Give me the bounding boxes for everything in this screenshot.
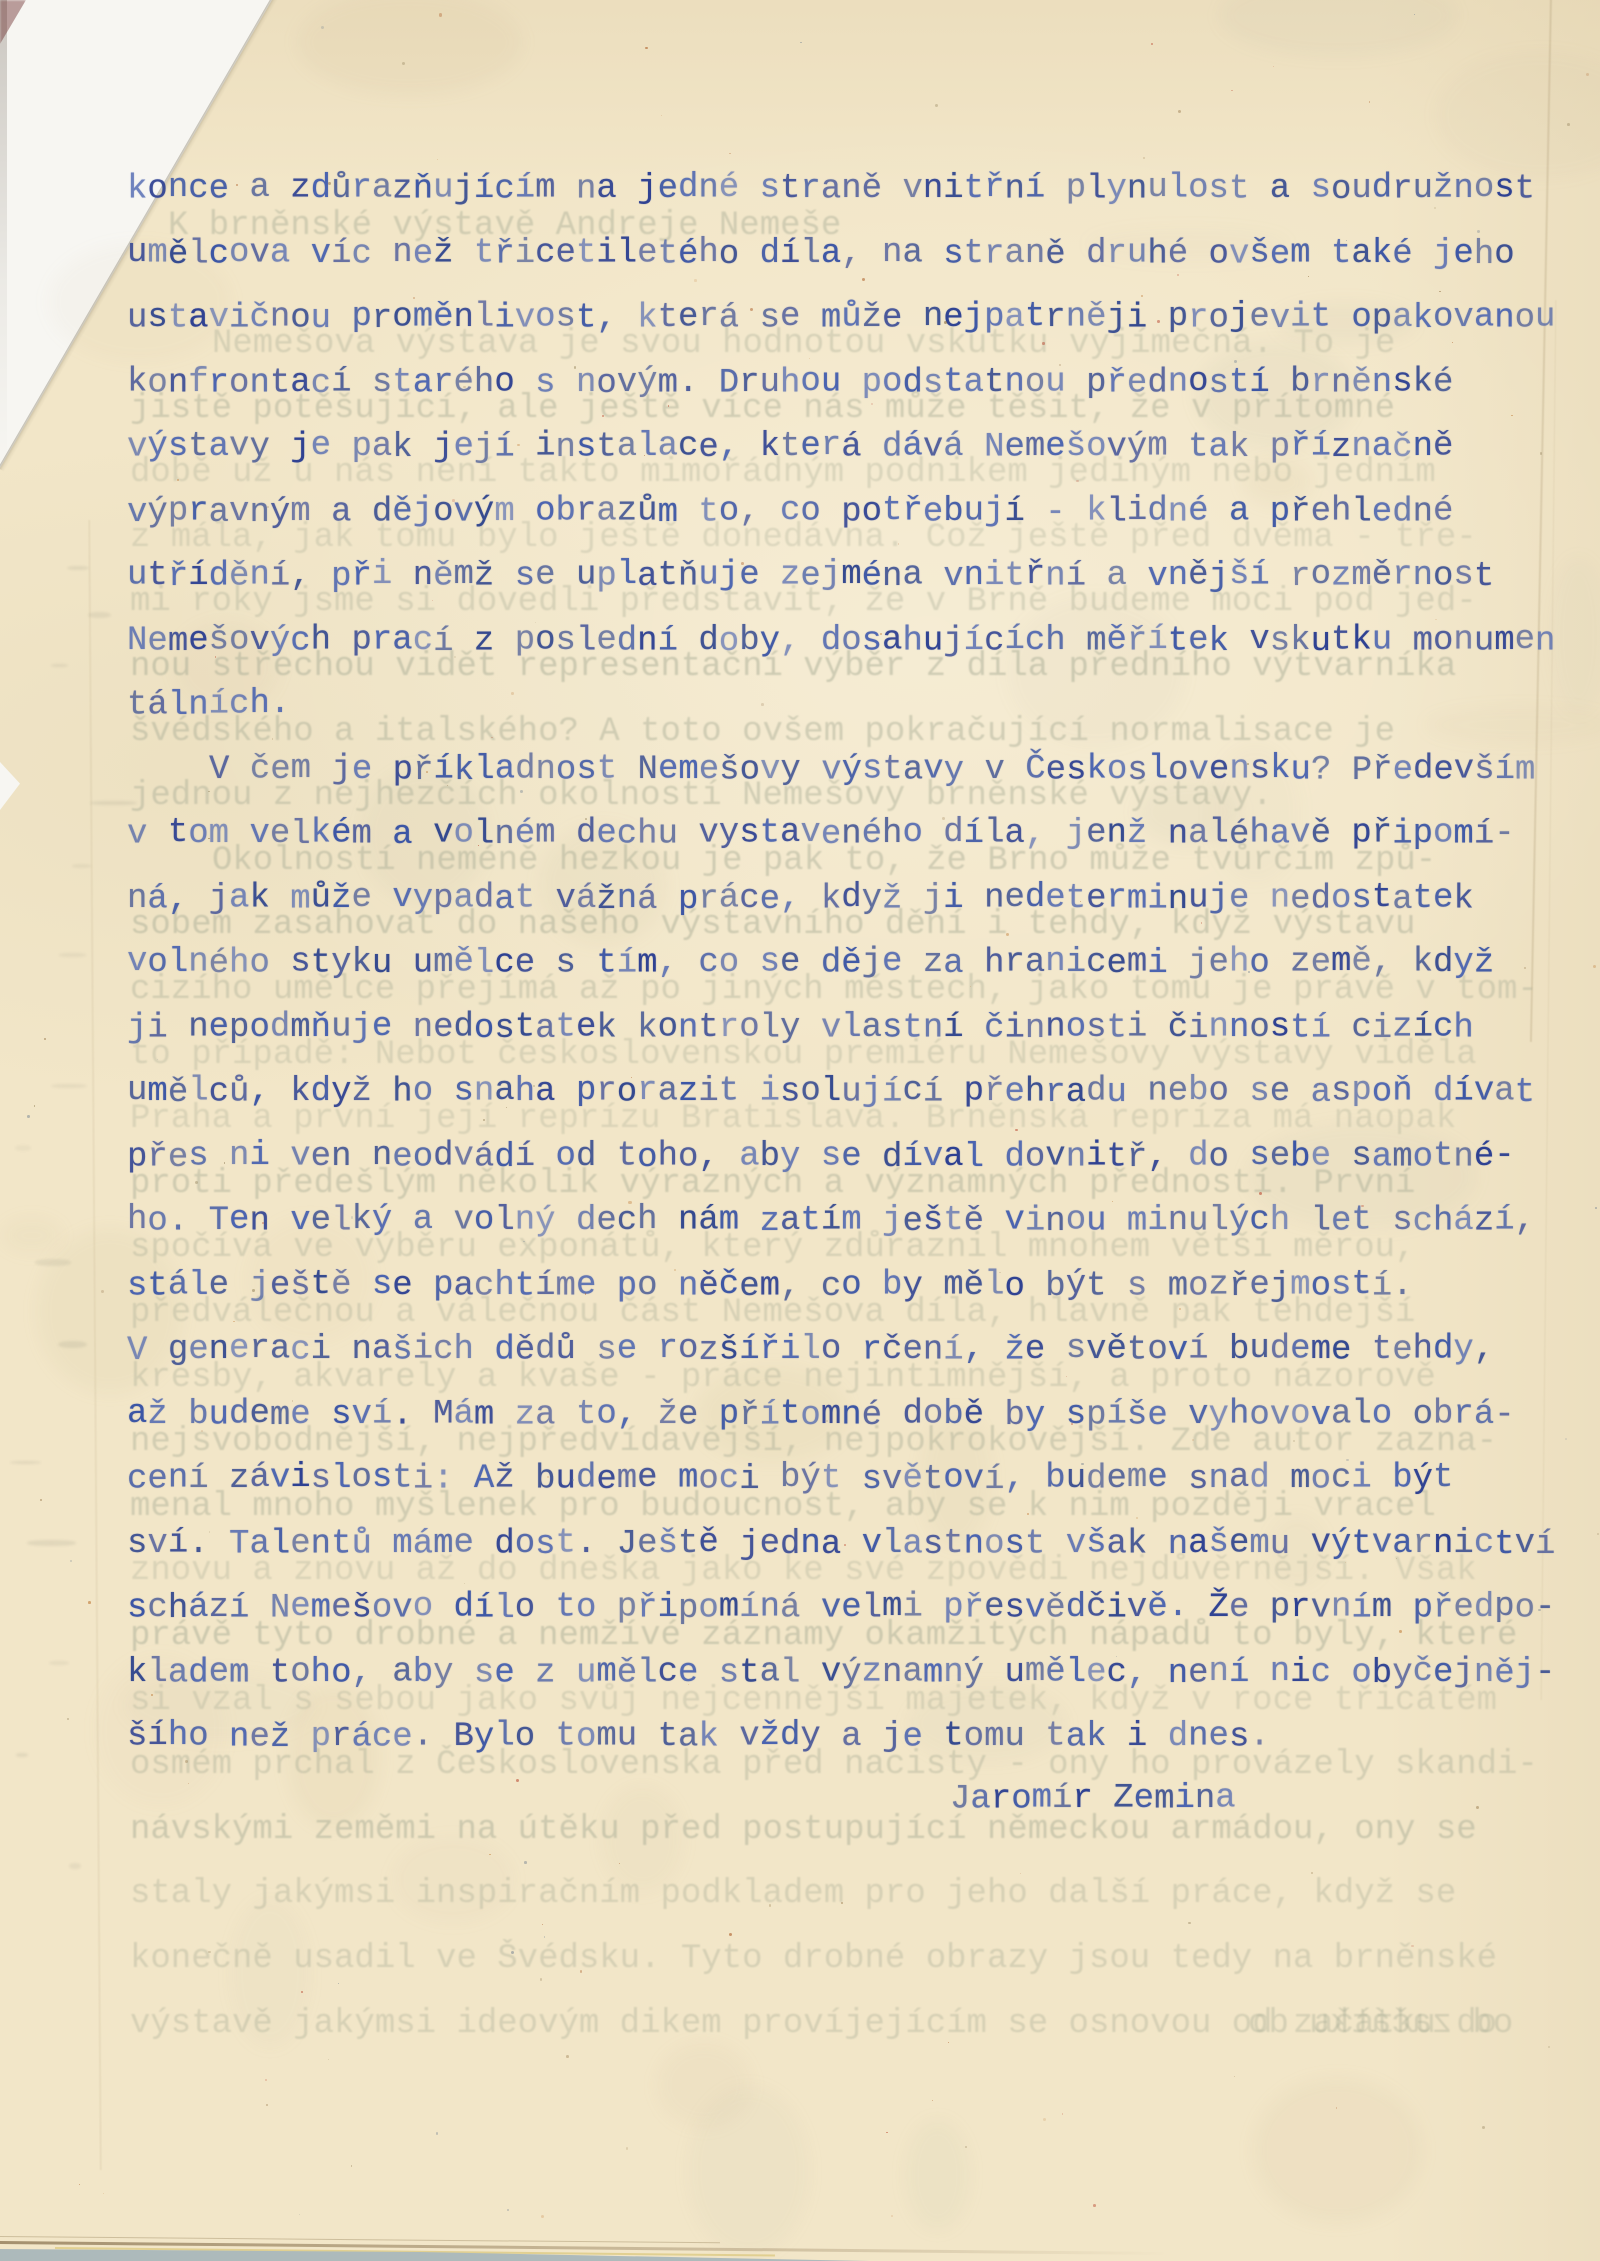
typed-line: ho. Ten velký a volný dech nám zatím ješ… <box>127 1204 1535 1238</box>
foxing-speck <box>40 1499 42 1501</box>
foxing-speck <box>566 2055 569 2058</box>
foxing-speck <box>1319 1083 1320 1084</box>
foxing-speck <box>749 1345 751 1347</box>
typed-line: v tom velkém a volném dechu vystaveného … <box>127 817 1515 851</box>
ghost-line: staly jakýmsi inspiračním podkladem pro … <box>130 1877 1456 1911</box>
foxing-speck <box>948 2042 949 2043</box>
foxing-speck <box>252 1289 255 1292</box>
typed-line: sví. Talentů máme dost. Ještě jedna vlas… <box>127 1527 1555 1561</box>
foxing-speck <box>1259 1192 1262 1195</box>
foxing-speck <box>1042 342 1044 344</box>
typed-line: V čem je příkladnost Nemešovy výstavy v … <box>209 753 1535 787</box>
typed-line: cení závislosti: Až budeme moci být svět… <box>127 1462 1453 1496</box>
foxing-speck <box>27 1115 30 1118</box>
foxing-speck <box>1567 123 1570 126</box>
foxing-speck <box>157 1059 158 1060</box>
margin-smudge <box>27 1540 76 1546</box>
foxing-speck <box>292 1400 293 1401</box>
typed-line: výstavy je pak její instalace, která dáv… <box>127 430 1453 464</box>
foxing-speck <box>439 13 442 16</box>
foxing-speck <box>585 818 587 820</box>
typed-line: kladem toho, aby se z umělce stal význam… <box>127 1656 1555 1690</box>
foxing-speck <box>547 1476 549 1478</box>
foxing-speck <box>201 1430 203 1432</box>
typed-line: umělců, když ho snaha prorazit isolující… <box>127 1075 1535 1109</box>
foxing-speck <box>266 2104 268 2106</box>
foxing-speck <box>891 2215 893 2217</box>
ghost-line: návskými zeměmi na útěku před postupujíc… <box>130 1813 1477 1847</box>
foxing-speck <box>1411 1945 1413 1947</box>
foxing-speck <box>133 694 135 696</box>
foxing-speck <box>464 1583 465 1584</box>
foxing-speck <box>511 692 514 695</box>
foxing-speck <box>871 403 873 405</box>
foxing-speck <box>413 297 415 299</box>
typed-line: šího než práce. Bylo tomu tak vždy a je … <box>127 1720 1270 1754</box>
margin-smudge <box>35 1259 71 1266</box>
typed-line: tálních. <box>127 688 290 722</box>
foxing-speck <box>574 366 577 369</box>
foxing-speck <box>88 1601 91 1604</box>
paper-stain <box>1253 2078 1421 2223</box>
foxing-speck <box>1157 320 1160 323</box>
foxing-speck <box>585 1293 587 1295</box>
foxing-speck <box>437 159 438 160</box>
foxing-speck <box>1188 1922 1190 1924</box>
foxing-speck <box>1071 1423 1073 1425</box>
foxing-speck <box>790 1224 793 1227</box>
foxing-speck <box>101 1290 104 1293</box>
foxing-speck <box>262 1222 264 1224</box>
foxing-speck <box>1565 1438 1567 1440</box>
foxing-speck <box>1452 342 1453 343</box>
foxing-speck <box>233 1321 235 1323</box>
typed-line: utřídění, při němž se uplatňuje zejména … <box>127 559 1494 593</box>
foxing-speck <box>1151 43 1153 45</box>
foxing-speck <box>1399 1630 1402 1633</box>
signature-line: Jaromír Zemina <box>950 1782 1236 1816</box>
foxing-speck <box>516 1779 519 1782</box>
margin-smudge <box>88 612 111 618</box>
foxing-speck <box>741 562 744 565</box>
foxing-speck <box>483 1119 485 1121</box>
margin-smudge <box>16 1753 28 1756</box>
foxing-speck <box>580 1970 582 1972</box>
typed-line: až budeme sví. Mám za to, že přítomné do… <box>127 1398 1515 1432</box>
foxing-speck <box>447 785 448 786</box>
foxing-speck <box>478 845 479 846</box>
typed-line: umělcova víc než třicetiletého díla, na … <box>127 237 1515 271</box>
margin-smudge <box>69 1863 81 1869</box>
foxing-speck <box>1597 1533 1599 1535</box>
typed-line: konce a zdůrazňujícím na jedné straně vn… <box>127 172 1535 206</box>
foxing-speck <box>328 2059 329 2060</box>
foxing-speck <box>1015 1129 1017 1131</box>
foxing-speck <box>631 1077 632 1078</box>
foxing-speck <box>769 1904 772 1907</box>
foxing-speck <box>1143 157 1145 159</box>
margin-smudge <box>59 953 86 957</box>
foxing-speck <box>626 2147 628 2149</box>
foxing-speck <box>1345 1562 1346 1563</box>
ghost-line: výstavě jakýmsi ideovým dikem províjejíc… <box>130 2007 1497 2041</box>
scanner-edge-streak <box>0 0 7 470</box>
paper-stain <box>905 2120 969 2230</box>
foxing-speck <box>215 656 216 657</box>
foxing-speck <box>944 321 947 324</box>
foxing-speck <box>644 455 645 456</box>
typed-line: Nemešových prací z poslední doby, dosahu… <box>127 624 1555 658</box>
foxing-speck <box>1361 1205 1363 1207</box>
foxing-speck <box>602 415 604 417</box>
typed-line: stále ještě se pachtíme po něčem, co by … <box>127 1269 1413 1303</box>
typed-line: ná, jak může vypadat vážná práce, když j… <box>127 882 1474 916</box>
foxing-speck <box>1027 1513 1029 1515</box>
foxing-speck <box>1595 1207 1597 1209</box>
foxing-speck <box>862 278 865 281</box>
paper-stain <box>1551 558 1600 713</box>
foxing-speck <box>177 479 179 481</box>
foxing-speck <box>628 1201 631 1204</box>
ghost-line: švédského a italského? A toto ovšem pokr… <box>130 715 1395 749</box>
foxing-speck <box>674 1269 675 1270</box>
foxing-speck <box>524 1861 527 1864</box>
foxing-speck <box>844 1544 846 1546</box>
foxing-speck <box>880 633 882 635</box>
foxing-speck <box>1439 291 1440 292</box>
foxing-speck <box>517 444 519 446</box>
foxing-speck <box>1081 1463 1083 1465</box>
foxing-speck <box>328 182 330 184</box>
foxing-speck <box>511 1951 514 1954</box>
margin-smudge <box>90 801 137 805</box>
typed-line: V generaci našich dědů se rozšířilo rčen… <box>127 1333 1494 1367</box>
foxing-speck <box>1080 901 1081 902</box>
foxing-speck <box>694 279 697 282</box>
foxing-speck <box>1179 1308 1181 1310</box>
scanned-page: K brněnské výstavě Andreje Nemeše od zač… <box>0 0 1600 2261</box>
typed-line: konfrontací starého s novým. Druhou pods… <box>127 366 1453 400</box>
corner-mark <box>0 0 26 44</box>
foxing-speck <box>1540 452 1543 455</box>
foxing-speck <box>1192 1439 1194 1441</box>
typed-line: volného styku umělce s tím, co se děje z… <box>127 946 1494 980</box>
foxing-speck <box>1006 933 1009 936</box>
foxing-speck <box>338 1983 339 1984</box>
ghost-line: konečně usadil ve Švédsku. Tyto drobné o… <box>130 1942 1497 1976</box>
foxing-speck <box>1201 922 1202 923</box>
foxing-speck <box>1548 2046 1550 2048</box>
foxing-speck <box>1112 1201 1113 1202</box>
paper-stain <box>688 2087 809 2256</box>
typed-line: schází Nemešovo dílo to připomíná velmi … <box>127 1591 1555 1625</box>
foxing-speck <box>826 1420 828 1422</box>
foxing-speck <box>1247 763 1249 765</box>
foxing-speck <box>1231 90 1232 91</box>
foxing-speck <box>507 2209 509 2211</box>
margin-smudge <box>72 864 91 868</box>
foxing-speck <box>1593 965 1596 968</box>
foxing-speck <box>426 771 428 773</box>
margin-smudge <box>49 1661 69 1665</box>
foxing-speck <box>452 499 455 502</box>
foxing-speck <box>1076 480 1078 482</box>
typed-line: ji nepodmňuje nedostatek kontroly vlastn… <box>127 1011 1474 1045</box>
foxing-speck <box>1511 415 1512 416</box>
paper-stain <box>2 1218 62 1253</box>
typed-line: ustavičnou proměnlivost, která se může n… <box>127 301 1555 335</box>
foxing-speck <box>1308 276 1309 277</box>
foxing-speck <box>761 703 764 706</box>
foxing-speck <box>645 47 648 50</box>
foxing-speck <box>970 986 971 987</box>
typed-line: přes ni ven neodvádí od toho, aby se dív… <box>127 1140 1515 1174</box>
typed-line: výpravným a dějovým obrazům to, co potře… <box>127 495 1453 529</box>
foxing-speck <box>1414 14 1415 15</box>
foxing-speck <box>267 506 269 508</box>
foxing-speck <box>195 1181 198 1184</box>
foxing-speck <box>208 1951 211 1954</box>
